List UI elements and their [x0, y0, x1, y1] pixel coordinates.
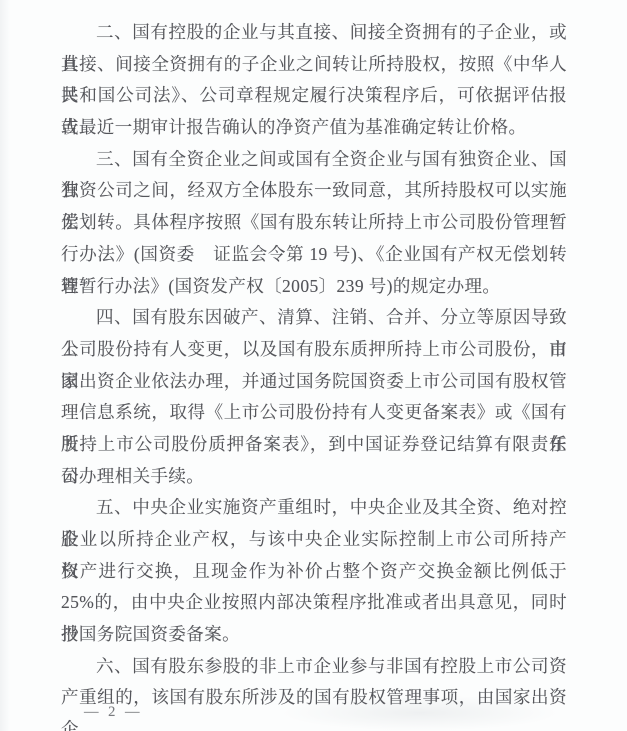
text-line: 六、国有股东参股的非上市企业参与非国有控股上市公司资 [61, 651, 567, 683]
text-line: 所持上市公司股份质押备案表》，到中国证券登记结算有限责任公 [61, 429, 567, 461]
text-line: 独资公司之间，经双方全体股东一致同意，其所持股权可以实施无 [61, 175, 567, 207]
text-line: 理信息系统，取得《上市公司股份持有人变更备案表》或《国有股东 [61, 397, 567, 429]
page-footer: — 2 — [84, 700, 143, 724]
paragraph: 二、国有控股的企业与其直接、间接全资拥有的子企业，或其直接、间接全资拥有的子企业… [61, 17, 567, 144]
text-line: 四、国有股东因破产、清算、注销、合并、分立等原因导致上市 [61, 302, 567, 334]
text-line: 直接、间接全资拥有的子企业之间转让所持股权，按照《中华人民 [61, 49, 567, 81]
text-line: 资产进行交换，且现金作为补价占整个资产交换金额比例低于 [61, 556, 567, 588]
paragraph: 四、国有股东因破产、清算、注销、合并、分立等原因导致上市公司股份持有人变更，以及… [61, 302, 567, 492]
paragraph: 五、中央企业实施资产重组时，中央企业及其全资、绝对控股企业以所持企业产权，与该中… [61, 492, 567, 650]
text-line: 行办法》(国资委 证监会令第 19 号)、《企业国有产权无偿划转管 [61, 239, 567, 271]
scan-edge-shadow [0, 0, 10, 731]
text-line: 家出资企业依法办理，并通过国务院国资委上市公司国有股权管 [61, 366, 567, 398]
document-page: 二、国有控股的企业与其直接、间接全资拥有的子企业，或其直接、间接全资拥有的子企业… [0, 0, 627, 731]
page-number: — 2 — [84, 704, 143, 720]
text-line: 共和国公司法》、公司章程规定履行决策程序后，可依据评估报告 [61, 80, 567, 112]
text-line: 或最近一期审计报告确认的净资产值为基准确定转让价格。 [61, 112, 567, 144]
text-line: 司办理相关手续。 [61, 461, 567, 493]
text-line: 五、中央企业实施资产重组时，中央企业及其全资、绝对控股 [61, 492, 567, 524]
text-line: 三、国有全资企业之间或国有全资企业与国有独资企业、国有 [61, 144, 567, 176]
document-body: 二、国有控股的企业与其直接、间接全资拥有的子企业，或其直接、间接全资拥有的子企业… [61, 17, 567, 714]
text-line: 公司股份持有人变更，以及国有股东质押所持上市公司股份，由国 [61, 334, 567, 366]
paragraph: 三、国有全资企业之间或国有全资企业与国有独资企业、国有独资公司之间，经双方全体股… [61, 144, 567, 302]
text-line: 二、国有控股的企业与其直接、间接全资拥有的子企业，或其 [61, 17, 567, 49]
text-line: 25%的，由中央企业按照内部决策程序批准或者出具意见，同时抄 [61, 587, 567, 619]
text-line: 偿划转。具体程序按照《国有股东转让所持上市公司股份管理暂 [61, 207, 567, 239]
text-line: 理暂行办法》(国资发产权〔2005〕239 号)的规定办理。 [61, 271, 567, 303]
text-line: 报国务院国资委备案。 [61, 619, 567, 651]
text-line: 企业以所持企业产权，与该中央企业实际控制上市公司所持产权、 [61, 524, 567, 556]
